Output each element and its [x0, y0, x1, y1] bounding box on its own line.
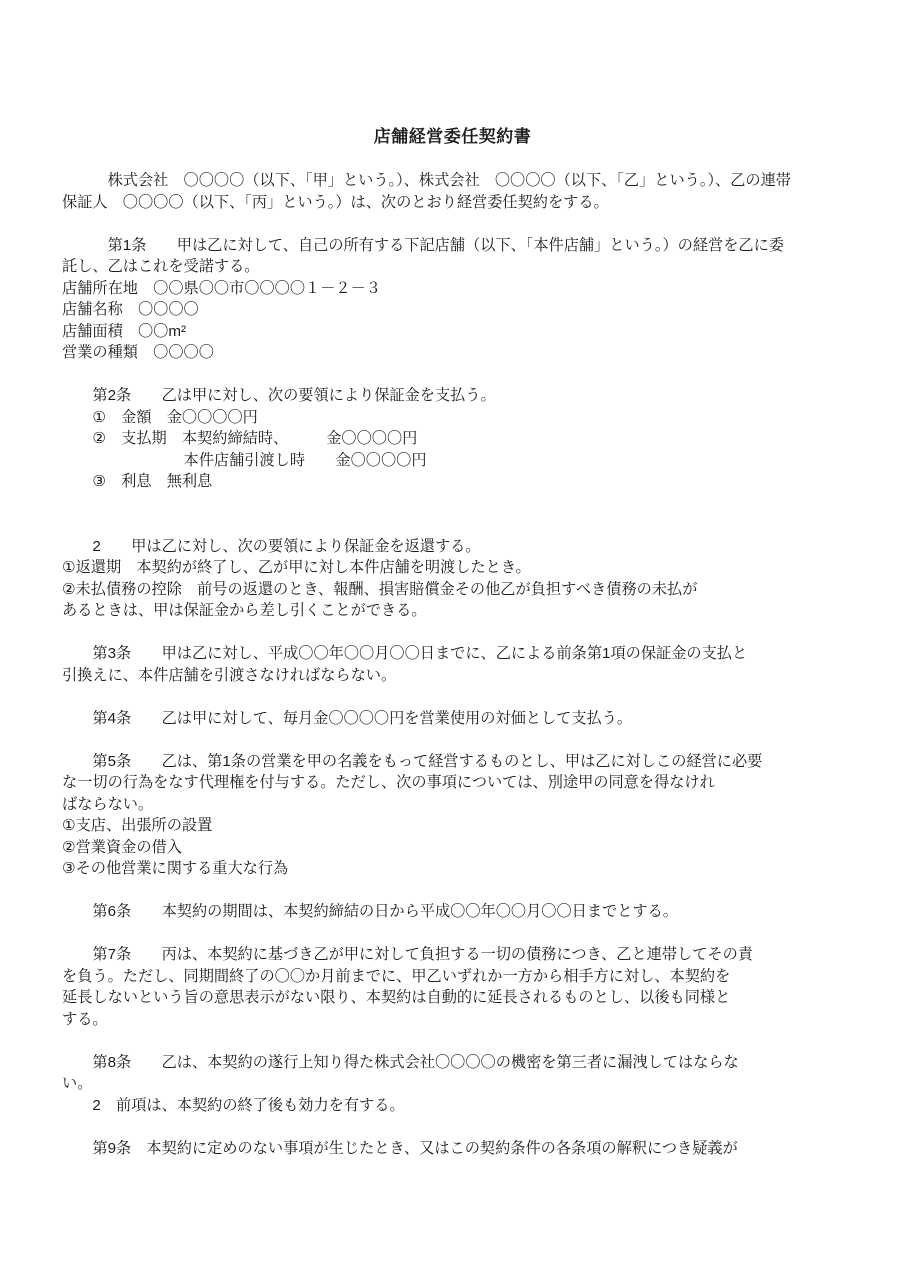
- document-line: 2 前項は、本契約の終了後も効力を有する。: [62, 1095, 843, 1117]
- document-line: 引換えに、本件店舗を引渡さなければならない。: [62, 665, 843, 687]
- contract-document-page: 店舗経営委任契約書 株式会社 〇〇〇〇（以下、「甲」という。）、株式会社 〇〇〇…: [0, 0, 905, 1280]
- document-line: 営業の種類 〇〇〇〇: [62, 342, 843, 364]
- contract-document: 店舗経営委任契約書 株式会社 〇〇〇〇（以下、「甲」という。）、株式会社 〇〇〇…: [0, 0, 905, 1280]
- document-line: ②未払債務の控除 前号の返還のとき、報酬、損害賠償金その他乙が負担すべき債務の未…: [62, 579, 843, 601]
- document-line: 本件店舗引渡し時 金〇〇〇〇円: [62, 450, 843, 472]
- document-lines: 株式会社 〇〇〇〇（以下、「甲」という。）、株式会社 〇〇〇〇（以下、「乙」とい…: [62, 170, 843, 1159]
- document-line: [62, 1116, 843, 1138]
- document-line: [62, 213, 843, 235]
- document-line: [62, 880, 843, 902]
- document-line: 第1条 甲は乙に対して、自己の所有する下記店舗（以下、「本件店舗」という。）の経…: [62, 235, 843, 257]
- document-line: [62, 923, 843, 945]
- document-line: 株式会社 〇〇〇〇（以下、「甲」という。）、株式会社 〇〇〇〇（以下、「乙」とい…: [62, 170, 843, 192]
- document-line: ばならない。: [62, 794, 843, 816]
- document-line: 店舗名称 〇〇〇〇: [62, 299, 843, 321]
- document-line: ②営業資金の借入: [62, 837, 843, 859]
- document-line: 2 甲は乙に対し、次の要領により保証金を返還する。: [62, 536, 843, 558]
- document-line: する。: [62, 1009, 843, 1031]
- document-line: [62, 493, 843, 515]
- document-line: 保証人 〇〇〇〇（以下、「丙」という。）は、次のとおり経営委任契約をする。: [62, 192, 843, 214]
- document-title: 店舗経営委任契約書: [62, 126, 843, 148]
- document-line: ③その他営業に関する重大な行為: [62, 858, 843, 880]
- document-line: 第8条 乙は、本契約の遂行上知り得た株式会社〇〇〇〇の機密を第三者に漏洩してはな…: [62, 1052, 843, 1074]
- document-line: [62, 1030, 843, 1052]
- document-line: 第2条 乙は甲に対し、次の要領により保証金を支払う。: [62, 385, 843, 407]
- document-line: [62, 729, 843, 751]
- document-line: [62, 364, 843, 386]
- document-line: ② 支払期 本契約締結時、 金〇〇〇〇円: [62, 428, 843, 450]
- document-line: ①支店、出張所の設置: [62, 815, 843, 837]
- document-line: [62, 622, 843, 644]
- document-line: 第3条 甲は乙に対し、平成〇〇年〇〇月〇〇日までに、乙による前条第1項の保証金の…: [62, 643, 843, 665]
- document-line: な一切の行為をなす代理権を付与する。ただし、次の事項については、別途甲の同意を得…: [62, 772, 843, 794]
- document-line: 店舗面積 〇〇m²: [62, 321, 843, 343]
- document-line: ③ 利息 無利息: [62, 471, 843, 493]
- document-line: 第9条 本契約に定めのない事項が生じたとき、又はこの契約条件の各条項の解釈につき…: [62, 1138, 843, 1160]
- document-line: 託し、乙はこれを受諾する。: [62, 256, 843, 278]
- document-line: 第6条 本契約の期間は、本契約締結の日から平成〇〇年〇〇月〇〇日までとする。: [62, 901, 843, 923]
- document-line: い。: [62, 1073, 843, 1095]
- document-line: 第7条 丙は、本契約に基づき乙が甲に対して負担する一切の債務につき、乙と連帯して…: [62, 944, 843, 966]
- document-line: あるときは、甲は保証金から差し引くことができる。: [62, 600, 843, 622]
- document-line: 延長しないという旨の意思表示がない限り、本契約は自動的に延長されるものとし、以後…: [62, 987, 843, 1009]
- document-line: [62, 514, 843, 536]
- document-line: ① 金額 金〇〇〇〇円: [62, 407, 843, 429]
- document-line: ①返還期 本契約が終了し、乙が甲に対し本件店舗を明渡したとき。: [62, 557, 843, 579]
- document-line: 店舗所在地 〇〇県〇〇市〇〇〇〇１－２－３: [62, 278, 843, 300]
- document-line: 第4条 乙は甲に対して、毎月金〇〇〇〇円を営業使用の対価として支払う。: [62, 708, 843, 730]
- document-line: を負う。ただし、同期間終了の〇〇か月前までに、甲乙いずれか一方から相手方に対し、…: [62, 966, 843, 988]
- document-line: 第5条 乙は、第1条の営業を甲の名義をもって経営するものとし、甲は乙に対しこの経…: [62, 751, 843, 773]
- document-line: [62, 686, 843, 708]
